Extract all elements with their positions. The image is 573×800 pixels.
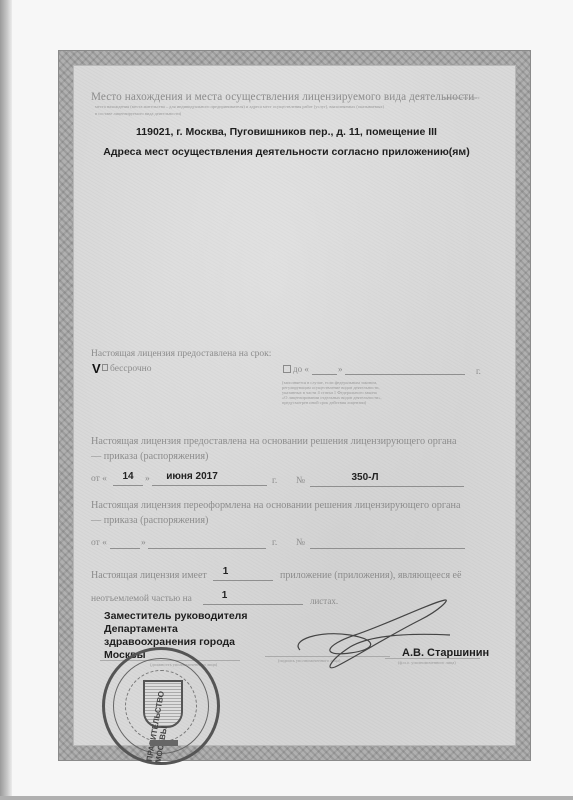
- attachments-text: приложение (приложения), являющееся её: [280, 570, 461, 581]
- granted-text: Настоящая лицензия предоставлена на осно…: [91, 436, 457, 447]
- reissued-day-field[interactable]: [110, 548, 140, 549]
- granted-number-label: №: [296, 476, 305, 486]
- indefinite-checkbox[interactable]: [102, 364, 108, 371]
- term-label: Настоящая лицензия предоставлена на срок…: [91, 349, 271, 359]
- until-checkbox[interactable]: [283, 365, 291, 373]
- granted-quote: »: [145, 474, 150, 484]
- reissued-year-suffix: г.: [272, 538, 277, 548]
- attachments-sheets-text: неотъемлемой частью на: [91, 594, 192, 604]
- address: 119021, г. Москва, Пуговишников пер., д.…: [0, 126, 573, 138]
- signatory-position: Департамента: [104, 623, 178, 635]
- reissued-month-field[interactable]: [148, 548, 266, 549]
- attachments-count: 1: [213, 566, 238, 577]
- location-heading: Место нахождения и места осуществления л…: [91, 91, 474, 103]
- location-note: в составе лицензируемого вида деятельнос…: [95, 111, 181, 117]
- attachments-count-line: [213, 580, 273, 581]
- scan-edge: [0, 0, 12, 800]
- official-seal: ПРАВИТЕЛЬСТВО МОСКВЫ: [102, 647, 220, 765]
- granted-from-label: от «: [91, 474, 107, 484]
- location-note: (указывается адрес: [444, 95, 480, 101]
- granted-number-line: [310, 486, 464, 487]
- reissued-number-label: №: [296, 538, 305, 548]
- until-year-suffix: г.: [476, 366, 481, 376]
- attachments-text: Настоящая лицензия имеет: [91, 570, 207, 581]
- seal-tag: [150, 740, 178, 746]
- granted-month-line: [152, 485, 267, 486]
- reissued-text: — приказа (распоряжения): [91, 515, 208, 526]
- granted-number: 350-Л: [325, 472, 405, 483]
- until-day-field[interactable]: [312, 374, 337, 375]
- signatory-position: здравоохранения города: [104, 636, 235, 648]
- granted-year-suffix: г.: [272, 476, 277, 486]
- granted-day-line: [113, 485, 143, 486]
- until-note: предусмотрен иной срок действия лицензии…: [282, 400, 366, 406]
- granted-text: — приказа (распоряжения): [91, 451, 208, 462]
- granted-day: 14: [113, 471, 143, 482]
- until-date-field[interactable]: [345, 374, 465, 375]
- scan-edge-bottom: [0, 796, 573, 800]
- location-note: места нахождения (места жительства – для…: [95, 104, 384, 110]
- until-label: до «: [293, 364, 309, 374]
- until-quote: »: [338, 364, 343, 374]
- reissued-number-field[interactable]: [310, 548, 465, 549]
- signatory-position: Заместитель руководителя: [104, 610, 247, 622]
- attachments-sheets: 1: [212, 590, 237, 601]
- granted-month-year: июня 2017: [152, 471, 232, 482]
- address-note: Адреса мест осуществления деятельности с…: [0, 146, 573, 158]
- name-caption: (ф.и.о. уполномоченного лица): [398, 660, 456, 666]
- indefinite-label: бессрочно: [110, 364, 151, 374]
- reissued-quote: »: [141, 538, 146, 548]
- reissued-text: Настоящая лицензия переоформлена на осно…: [91, 500, 461, 511]
- indefinite-checkmark: V: [92, 361, 101, 376]
- attachments-sheets-line: [203, 604, 303, 605]
- reissued-from-label: от «: [91, 538, 107, 548]
- name-line: [385, 658, 480, 659]
